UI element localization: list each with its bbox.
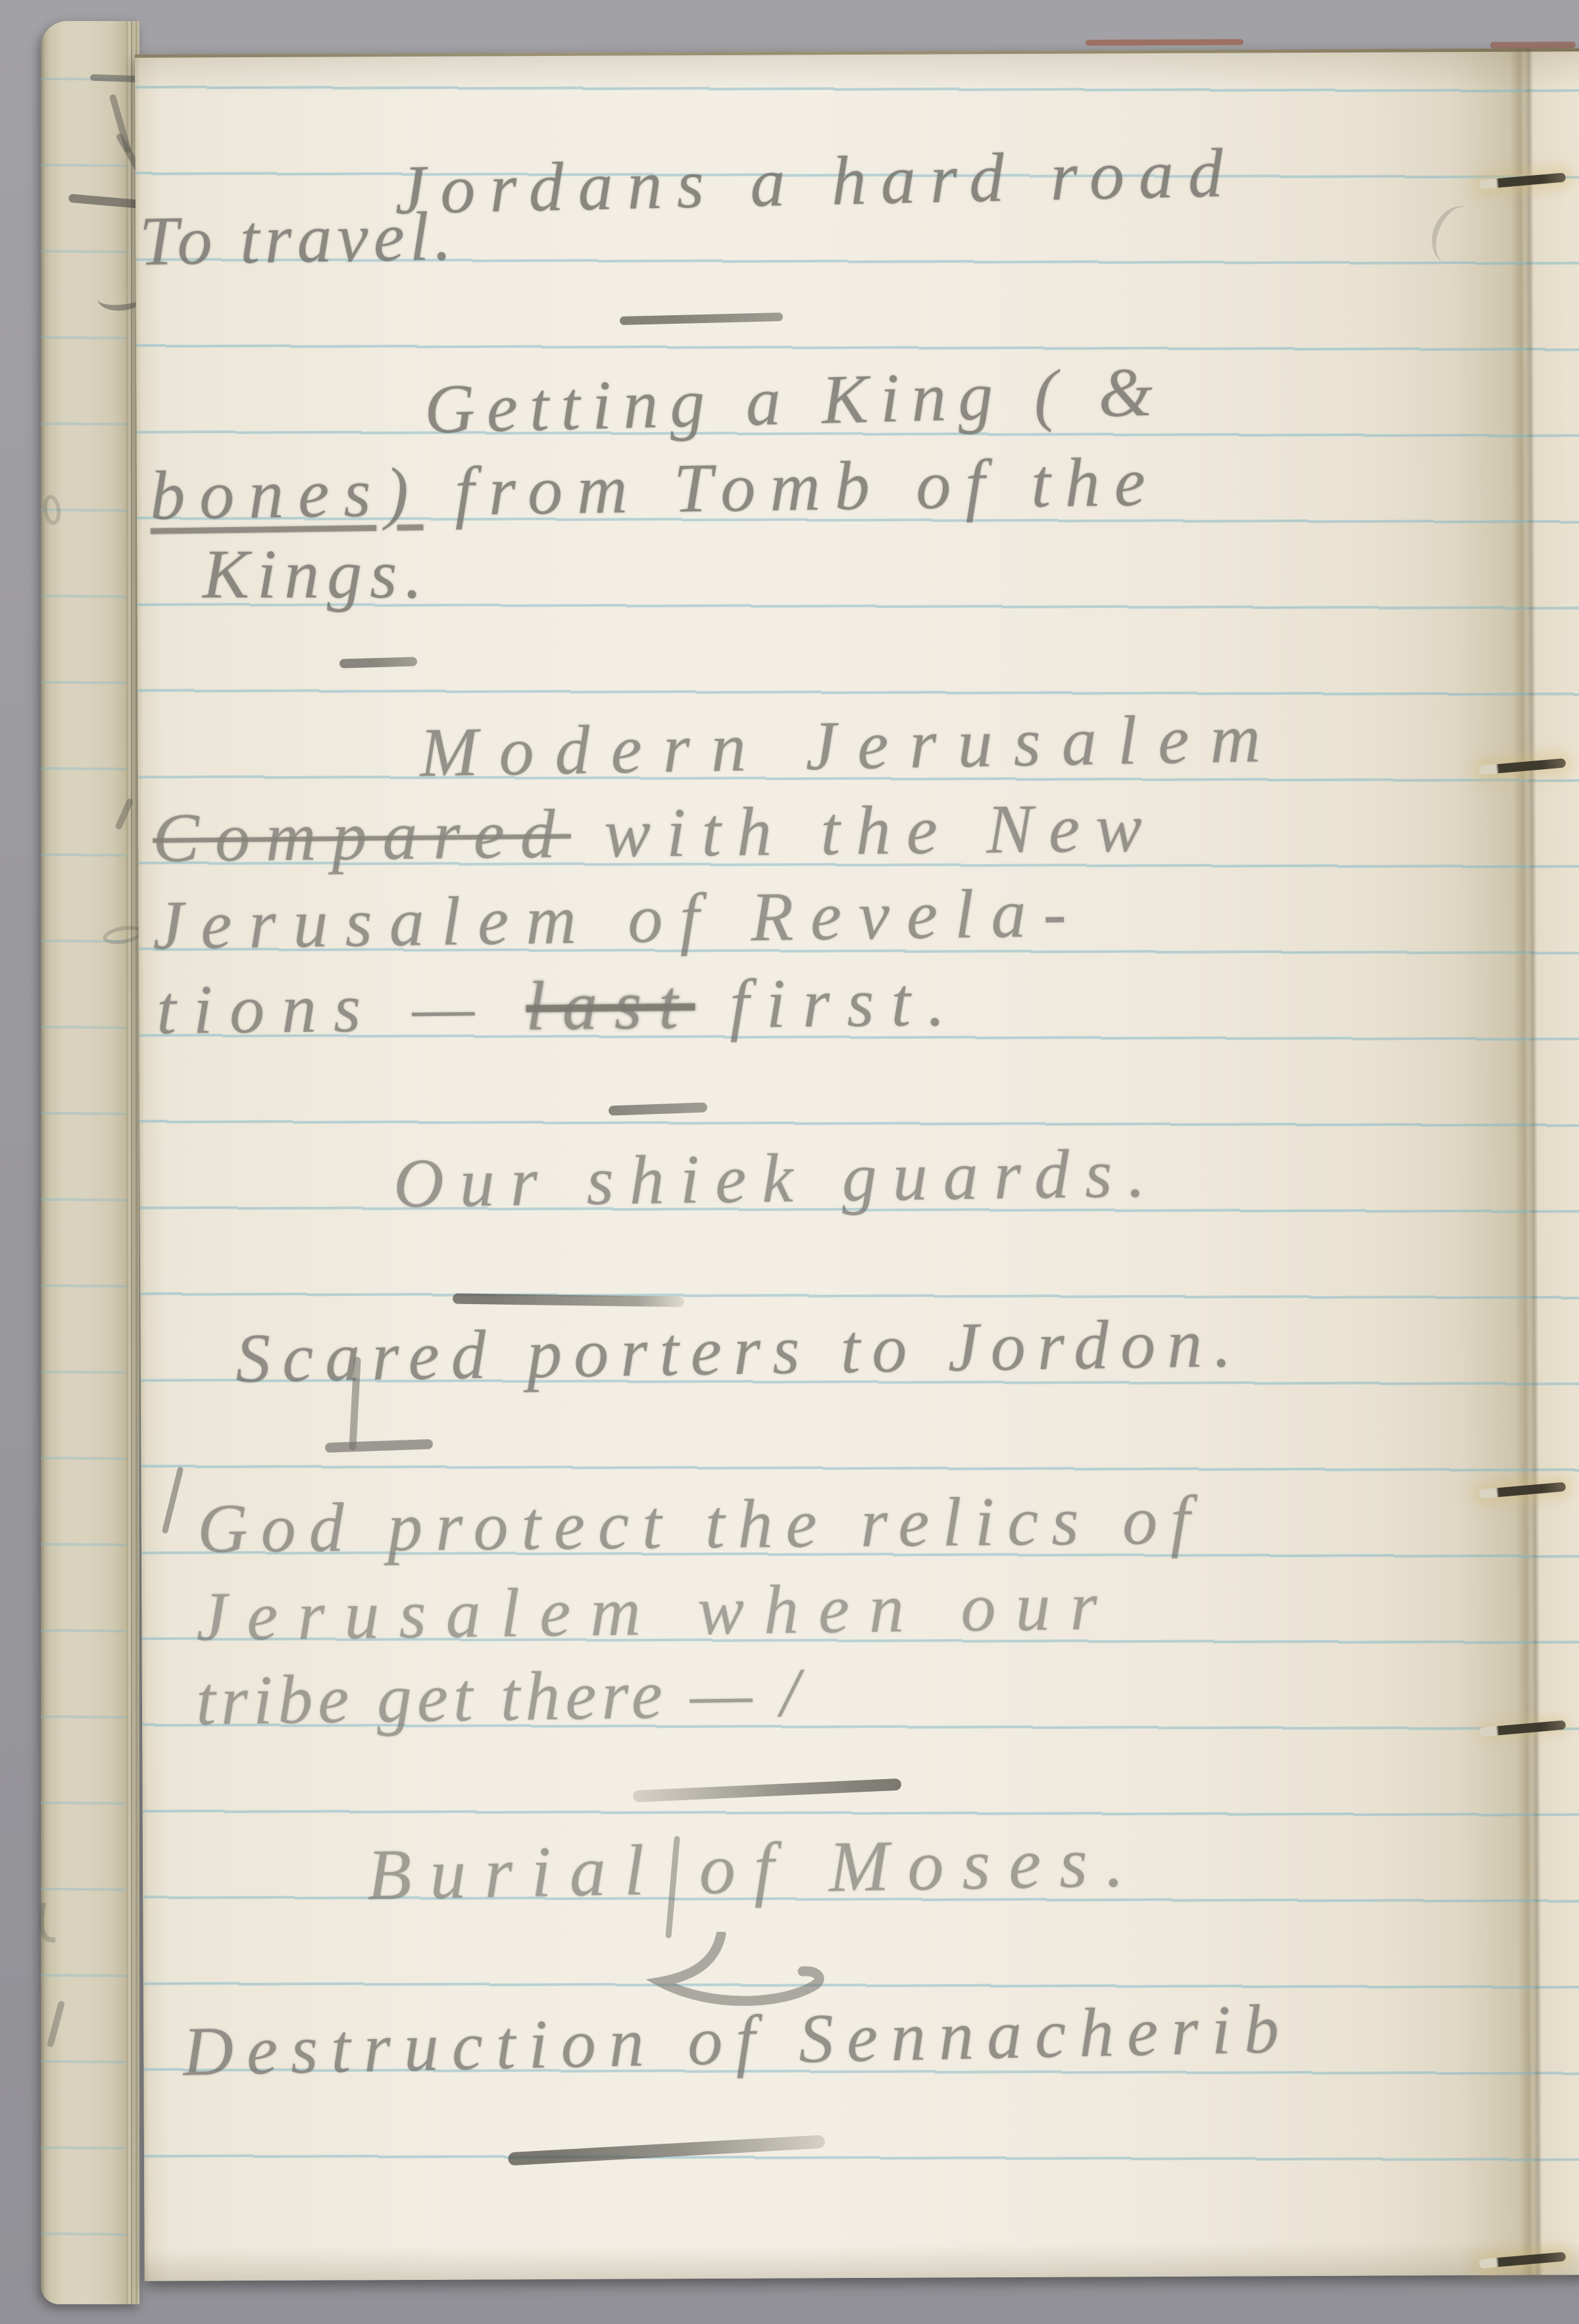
handwritten-line: Jerusalem when our [195,1565,1117,1657]
line-text: Jerusalem when our [195,1567,1117,1655]
handwritten-line: tribe get there — / [195,1653,805,1742]
handwritten-line: Modern Jerusalem [419,698,1282,794]
handwritten-line: Compared with the New [152,788,1158,878]
line-text: tions — [156,968,526,1049]
handwritten-line: Burial of Moses. [366,1820,1143,1917]
handwritten-line: Our shiek guards. [393,1133,1161,1224]
line-text: To travel. [139,197,457,280]
notebook-scan: { "document": { "type": "handwritten dia… [0,0,1579,2324]
line-text: Modern Jerusalem [419,699,1282,792]
handwritten-line: To travel. [139,196,458,282]
handwritten-line: bones) from Tomb of the [149,442,1160,536]
line-text: Scared porters to Jordon. [235,1304,1243,1397]
struck-word: last [526,966,695,1045]
ruled-lines-edge [41,21,139,2304]
handwritten-line: God protect the relics of [197,1480,1203,1569]
line-text: first. [695,963,963,1043]
handwritten-line: Kings. [203,534,430,615]
previous-page-edge [41,21,139,2304]
line-text: Jerusalem of Revela- [152,874,1084,964]
struck-word: Compared [152,795,571,876]
red-stain [1490,41,1576,49]
handwritten-line: tions — last first. [156,962,963,1051]
line-text: Our shiek guards. [393,1134,1161,1222]
line-text: with the New [570,789,1158,872]
line-text: from Tomb of the [422,443,1161,530]
line-text: Burial of Moses. [366,1821,1143,1915]
line-text: Kings. [203,536,430,613]
line-text: God protect the relics of [197,1481,1203,1567]
handwritten-line: Scared porters to Jordon. [235,1303,1243,1399]
line-text: Jordans a hard road [394,134,1238,229]
line-text: Getting a King ( & [424,353,1165,447]
handwritten-line: Jerusalem of Revela- [152,872,1084,966]
underlined-word: bones) [149,453,423,534]
red-stain [1086,39,1243,45]
line-text: tribe get there — / [195,1654,805,1740]
